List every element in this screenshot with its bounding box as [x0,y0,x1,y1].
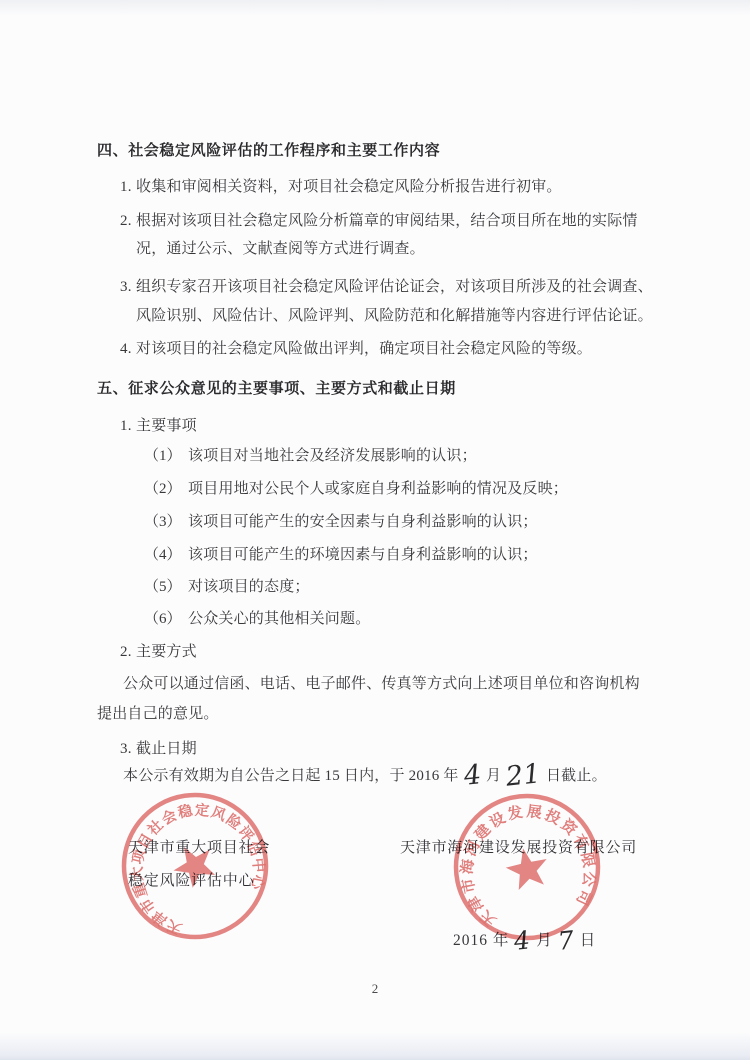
item-title: 主要方式 [136,644,197,660]
sub-item-marker: （4） [144,545,188,565]
sub-list-item: （2）项目用地对公民个人或家庭自身利益影响的情况及反映； [144,479,568,499]
paragraph-line: 公众可以通过信函、电话、电子邮件、传真等方式向上述项目单位和咨询机构 [123,674,640,694]
sub-item-marker: （6） [144,609,188,629]
section-4-heading: 四、社会稳定风险评估的工作程序和主要工作内容 [97,141,440,161]
item-text-continued: 风险识别、风险估计、风险评判、风险防范和化解措施等内容进行评估论证。 [136,306,653,326]
deadline-prefix: 本公示有效期为自公告之日起 15 日内，于 2016 年 [123,768,459,784]
sub-list-item: （3）该项目可能产生的安全因素与自身利益影响的认识； [144,512,538,532]
sub-item-text: 项目用地对公民个人或家庭自身利益影响的情况及反映； [188,481,568,497]
sub-list-item: （4）该项目可能产生的环境因素与自身利益影响的认识； [144,545,538,565]
official-seal-right: 天津市海河建设发展投资有限公司 [444,784,610,950]
item-text: 对该项目的社会稳定风险做出评判，确定项目社会稳定风险的等级。 [136,341,592,357]
sub-item-text: 该项目对当地社会及经济发展影响的认识； [188,448,477,464]
official-seal-left: 天津市重大项目社会稳定风险评估中心 [112,783,278,949]
paragraph-line: 提出自己的意见。 [97,704,219,724]
section-5-heading: 五、征求公众意见的主要事项、主要方式和截止日期 [97,379,456,399]
item-text: 根据对该项目社会稳定风险分析篇章的审阅结果，结合项目所在地的实际情 [136,213,638,229]
item-text: 收集和审阅相关资料，对项目社会稳定风险分析报告进行初审。 [136,179,562,195]
item-text-continued: 况，通过公示、文献查阅等方式进行调查。 [136,239,425,259]
sub-list-item: （1）该项目对当地社会及经济发展影响的认识； [144,446,477,466]
seal-star-icon [166,836,222,891]
item-marker: 3. [120,739,136,759]
sub-list-item: （6）公众关心的其他相关问题。 [144,609,370,629]
sub-item-marker: （3） [144,512,188,532]
item-marker: 3. [120,277,136,297]
sub-item-text: 公众关心的其他相关问题。 [188,611,370,627]
list-item: 1.主要事项 [120,416,197,436]
page-number: 2 [0,981,750,997]
deadline-suffix: 日截止。 [546,768,607,784]
sub-list-item: （5）对该项目的态度； [144,577,310,597]
scanned-document-page: 四、社会稳定风险评估的工作程序和主要工作内容 1.收集和审阅相关资料，对项目社会… [0,0,750,1060]
sub-item-marker: （2） [144,479,188,499]
sub-item-marker: （1） [144,446,188,466]
list-item: 2.主要方式 [120,642,197,662]
item-marker: 2. [120,211,136,231]
item-marker: 1. [120,177,136,197]
item-marker: 4. [120,339,136,359]
item-title: 截止日期 [136,741,197,757]
sub-item-text: 该项目可能产生的环境因素与自身利益影响的认识； [188,547,538,563]
item-text: 组织专家召开该项目社会稳定风险评估论证会，对该项目所涉及的社会调查、 [136,279,653,295]
item-marker: 1. [120,416,136,436]
item-title: 主要事项 [136,418,197,434]
seal-star-icon [503,844,552,892]
sub-item-text: 该项目可能产生的安全因素与自身利益影响的认识； [188,514,538,530]
item-marker: 2. [120,642,136,662]
list-item: 3.截止日期 [120,739,197,759]
deadline-month-label: 月 [486,768,501,784]
sub-item-marker: （5） [144,577,188,597]
sub-item-text: 对该项目的态度； [188,579,310,595]
